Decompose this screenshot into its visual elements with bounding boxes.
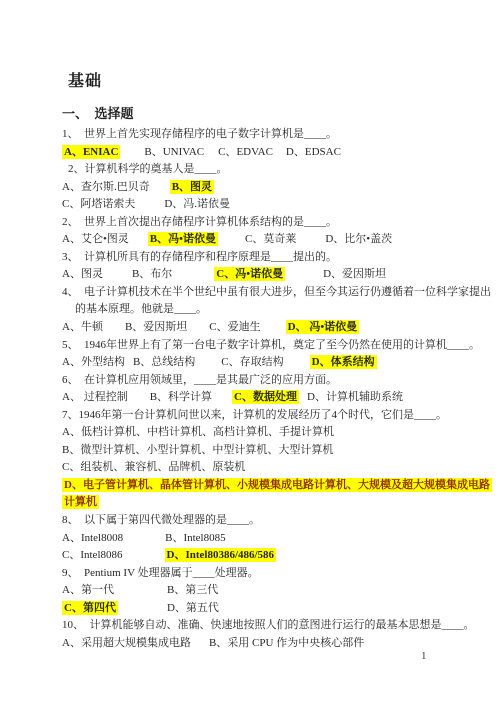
text-line: A、第一代B、第三代 [62,582,460,600]
text-line: D、电子管计算机、晶体管计算机、小规模集成电路计算机、大规模及超大规模集成电路 [62,477,460,495]
text-segment: 2、 世界上首次提出存储程序计算机体系结构的是____。 [62,216,337,228]
text-line: 3、 计算机所具有的存储程序和程序原理是____提出的。 [62,249,460,267]
text-segment: A、艾仑•图灵 [62,233,129,245]
text-segment: A、低档计算机、中档计算机、高档计算机、手提计算机 [62,426,334,438]
text-line: A、图灵B、布尔C、冯•诺依曼D、爱因斯坦 [62,266,460,284]
text-segment: D、第五代 [167,602,219,614]
text-segment: 7、1946年第一台计算机问世以来，计算机的发展经历了4个时代，它们是____。 [62,409,447,421]
section-heading: 一、 选择题 [62,103,460,122]
text-line: 计算机 [62,494,460,512]
highlighted-answer: C、冯•诺依曼 [214,267,285,281]
text-line: 4、 电子计算机技术在半个世纪中虽有很大进步，但至今其运行仍遵循着一位科学家提出 [62,284,460,302]
text-segment: B、采用 CPU 作为中央核心部件 [209,637,364,649]
text-line: C、组装机、兼容机、品牌机、原装机 [62,459,460,477]
highlighted-answer: D、Intel80386/486/586 [165,548,277,562]
text-line: 6、 在计算机应用领域里，____是其最广泛的应用方面。 [62,372,460,390]
text-segment: 6、 在计算机应用领域里，____是其最广泛的应用方面。 [62,374,337,386]
text-line: 2、 世界上首次提出存储程序计算机体系结构的是____。 [62,214,460,232]
text-segment: B、布尔 [132,268,172,280]
text-segment: 1、 世界上首先实现存储程序的电子数字计算机是____。 [62,128,337,140]
text-line: A、查尔斯.巴贝奇B、图灵 [62,179,460,197]
text-line: B、微型计算机、小型计算机、中型计算机、大型计算机 [62,442,460,460]
document-page: 基础 一、 选择题 1、 世界上首先实现存储程序的电子数字计算机是____。A、… [0,0,500,707]
text-line: 8、 以下属于第四代微处理器的是____。 [62,512,460,530]
text-segment: 2、计算机科学的奠基人是____。 [68,163,228,175]
text-segment: B、科学计算 [150,391,212,403]
doc-title: 基础 [68,68,460,91]
highlighted-answer: D、 冯•诺依曼 [286,320,360,334]
text-segment: A、外型结构 [62,356,125,368]
text-segment: 5、 1946年世界上有了第一台电子数字计算机，奠定了至今仍然在使用的计算机__… [62,339,480,351]
text-line: 10、 计算机能够自动、准确、快速地按照人们的意图进行运行的最基本思想是____… [62,617,460,635]
text-line: 的基本原理。他就是____。 [62,301,460,319]
text-segment: C、组装机、兼容机、品牌机、原装机 [62,461,245,473]
text-segment: A、查尔斯.巴贝奇 [62,181,150,193]
text-segment: B、Intel8085 [165,532,226,544]
text-segment: A、第一代 [62,584,114,596]
text-segment: B、爱因斯坦 [125,321,187,333]
text-segment: D、冯.诺依曼 [164,198,230,210]
text-segment: C、存取结构 [221,356,283,368]
text-segment: B、第三代 [167,584,218,596]
text-line: 7、1946年第一台计算机问世以来，计算机的发展经历了4个时代，它们是____。 [62,407,460,425]
text-line: A、ENIACB、UNIVACC、EDVACD、EDSAC [62,144,460,162]
text-segment: D、比尔•盖茨 [325,233,392,245]
text-line: A、外型结构B、总线结构C、存取结构D、体系结构 [62,354,460,372]
text-segment: A、牛顿 [62,321,103,333]
text-line: C、Intel8086D、Intel80386/486/586 [62,547,460,565]
text-line: A、低档计算机、中档计算机、高档计算机、手提计算机 [62,424,460,442]
text-segment: 3、 计算机所具有的存储程序和程序原理是____提出的。 [62,251,337,263]
text-segment: 8、 以下属于第四代微处理器的是____。 [62,514,260,526]
page-number: 1 [421,650,427,662]
text-line: A、Intel8008B、Intel8085 [62,530,460,548]
text-segment: 10、 计算机能够自动、准确、快速地按照人们的意图进行运行的最基本思想是____… [62,619,475,631]
document-body: 1、 世界上首先实现存储程序的电子数字计算机是____。A、ENIACB、UNI… [62,126,460,652]
text-segment: C、莫奇莱 [245,233,296,245]
text-segment: A、Intel8008 [62,532,123,544]
highlighted-answer: A、ENIAC [62,145,120,159]
text-segment: C、阿塔诺索夫 [62,198,135,210]
text-segment: A、 过程控制 [62,391,128,403]
text-segment: B、UNIVAC [144,146,204,158]
highlighted-answer: B、图灵 [170,180,214,194]
highlighted-answer: D、电子管计算机、晶体管计算机、小规模集成电路计算机、大规模及超大规模集成电路 [62,478,492,492]
highlighted-answer: C、第四代 [62,601,118,615]
text-line: A、牛顿B、爱因斯坦C、爱迪生D、 冯•诺依曼 [62,319,460,337]
text-line: C、第四代D、第五代 [62,600,460,618]
highlighted-answer: B、冯•诺依曼 [148,232,218,246]
text-line: C、阿塔诺索夫D、冯.诺依曼 [62,196,460,214]
text-segment: 4、 电子计算机技术在半个世纪中虽有很大进步，但至今其运行仍遵循着一位科学家提出 [62,286,491,298]
text-segment: 的基本原理。他就是____。 [75,303,207,315]
text-segment: A、采用超大规模集成电路 [62,637,191,649]
text-line: A、采用超大规模集成电路B、采用 CPU 作为中央核心部件 [62,635,460,653]
text-line: 9、 Pentium IV 处理器属于____处理器。 [62,565,460,583]
text-segment: D、爱因斯坦 [323,268,386,280]
text-segment: D、EDSAC [286,146,341,158]
text-line: 1、 世界上首先实现存储程序的电子数字计算机是____。 [62,126,460,144]
text-segment: 9、 Pentium IV 处理器属于____处理器。 [62,567,259,579]
text-line: 2、计算机科学的奠基人是____。 [62,161,460,179]
text-segment: A、图灵 [62,268,103,280]
text-segment: C、爱迪生 [209,321,260,333]
text-line: A、 过程控制B、科学计算C、数据处理D、计算机辅助系统 [62,389,460,407]
highlighted-answer: D、体系结构 [310,355,377,369]
text-line: 5、 1946年世界上有了第一台电子数字计算机，奠定了至今仍然在使用的计算机__… [62,337,460,355]
text-segment: B、总线结构 [133,356,195,368]
text-segment: B、微型计算机、小型计算机、中型计算机、大型计算机 [62,444,333,456]
text-segment: D、计算机辅助系统 [307,391,403,403]
text-segment: C、EDVAC [218,146,273,158]
highlighted-answer: C、数据处理 [232,390,299,404]
highlighted-answer: 计算机 [62,495,99,509]
text-segment: C、Intel8086 [62,549,123,561]
text-line: A、艾仑•图灵B、冯•诺依曼C、莫奇莱D、比尔•盖茨 [62,231,460,249]
